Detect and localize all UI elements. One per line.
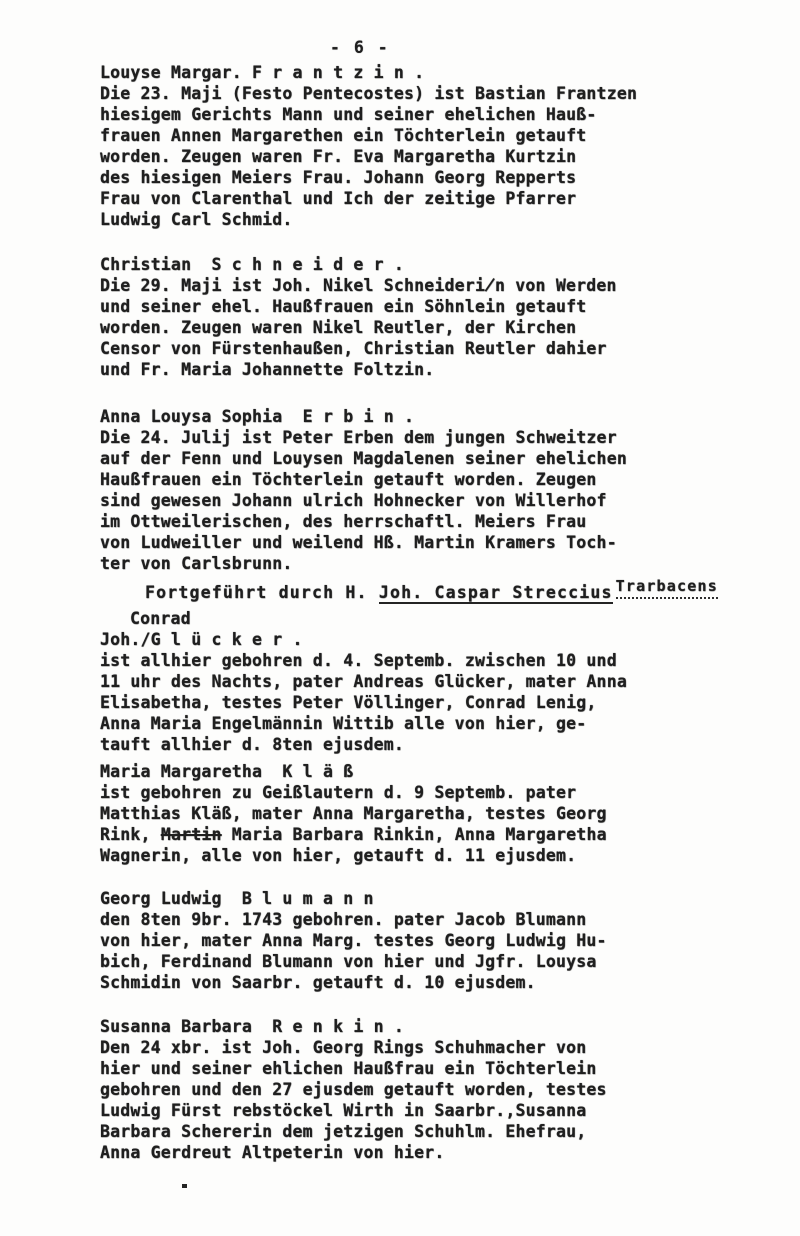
entry-body: ist allhier gebohren d. 4. Septemb. zwis… bbox=[100, 650, 800, 755]
continuation-note: Fortgeführt durch H. Joh. Caspar Strecci… bbox=[100, 582, 800, 606]
text-line: Haußfrauen ein Töchterlein getauft worde… bbox=[100, 469, 800, 490]
text-line: Matthias Kläß, mater Anna Margaretha, te… bbox=[100, 803, 800, 824]
text-line: ist gebohren zu Geißlautern d. 9 Septemb… bbox=[100, 782, 800, 803]
strikethrough-word: Martin bbox=[161, 825, 222, 844]
text-line: ist allhier gebohren d. 4. Septemb. zwis… bbox=[100, 650, 800, 671]
baptism-entry-frantzin: Louyse Margar. F r a n t z i n . Die 23.… bbox=[100, 62, 800, 230]
text-line: hiesigem Gerichts Mann und seiner ehelic… bbox=[100, 104, 800, 125]
text-line: Censor von Fürstenhaußen, Christian Reut… bbox=[100, 338, 800, 359]
text-line: und Fr. Maria Johannette Foltzin. bbox=[100, 359, 800, 380]
successor-pastor-name: Joh. Caspar Streccius bbox=[379, 583, 613, 604]
text-line: Barbara Schererin dem jetzigen Schuhlm. … bbox=[100, 1121, 800, 1142]
text-line: von Ludweiller und weilend Hß. Martin Kr… bbox=[100, 532, 800, 553]
entry-heading: Louyse Margar. F r a n t z i n . bbox=[100, 62, 800, 83]
text-line: des hiesigen Meiers Frau. Johann Georg R… bbox=[100, 167, 800, 188]
entry-heading: Maria Margaretha K l ä ß bbox=[100, 761, 800, 782]
corrected-line-post: Maria Barbara Rinkin, Anna Margaretha bbox=[222, 825, 607, 844]
text-line: Anna Gerdreut Altpeterin von hier. bbox=[100, 1142, 800, 1163]
text-line: tauft allhier d. 8ten ejusdem. bbox=[100, 734, 800, 755]
baptism-entry-renkin: Susanna Barbara R e n k i n . Den 24 xbr… bbox=[100, 1016, 800, 1163]
text-line: Ludwig Carl Schmid. bbox=[100, 209, 800, 230]
text-line: im Ottweilerischen, des herrschaftl. Mei… bbox=[100, 511, 800, 532]
corrected-line: Rink, Martin Maria Barbara Rinkin, Anna … bbox=[100, 824, 800, 845]
entry-body: ist gebohren zu Geißlautern d. 9 Septemb… bbox=[100, 782, 800, 824]
text-line: Die 23. Maji (Festo Pentecostes) ist Bas… bbox=[100, 83, 800, 104]
text-line: Elisabetha, testes Peter Völlinger, Conr… bbox=[100, 692, 800, 713]
text-line: und seiner ehel. Haußfrauen ein Söhnlein… bbox=[100, 296, 800, 317]
text-line: auf der Fenn und Louysen Magdalenen sein… bbox=[100, 448, 800, 469]
entry-heading-insert: Conrad bbox=[100, 608, 800, 629]
baptism-entry-klaess: Maria Margaretha K l ä ß ist gebohren zu… bbox=[100, 761, 800, 866]
baptism-entry-schneider: Christian S c h n e i d e r . Die 29. Ma… bbox=[100, 254, 800, 380]
text-line: worden. Zeugen waren Nikel Reutler, der … bbox=[100, 317, 800, 338]
text-line: den 8ten 9br. 1743 gebohren. pater Jacob… bbox=[100, 909, 800, 930]
entry-body: Die 29. Maji ist Joh. Nikel Schneideri̸n… bbox=[100, 275, 800, 380]
text-line: worden. Zeugen waren Fr. Eva Margaretha … bbox=[100, 146, 800, 167]
text-line: gebohren und den 27 ejusdem getauft word… bbox=[100, 1079, 800, 1100]
text-line: Anna Maria Engelmännin Wittib alle von h… bbox=[100, 713, 800, 734]
text-line: Ludwig Fürst rebstöckel Wirth in Saarbr.… bbox=[100, 1100, 800, 1121]
baptism-entry-gluecker: Conrad Joh./G l ü c k e r . ist allhier … bbox=[100, 608, 800, 755]
continuation-prefix: Fortgeführt durch H. bbox=[145, 583, 379, 602]
entry-heading: Susanna Barbara R e n k i n . bbox=[100, 1016, 800, 1037]
scan-speck-artifact bbox=[182, 1184, 187, 1188]
scanned-register-page: - 6 - Louyse Margar. F r a n t z i n . D… bbox=[0, 0, 800, 1236]
register-content: Louyse Margar. F r a n t z i n . Die 23.… bbox=[100, 62, 800, 1163]
text-line: Schmidin von Saarbr. getauft d. 10 ejusd… bbox=[100, 972, 800, 993]
text-line: Den 24 xbr. ist Joh. Georg Rings Schuhma… bbox=[100, 1037, 800, 1058]
text-line: von hier, mater Anna Marg. testes Georg … bbox=[100, 930, 800, 951]
baptism-entry-blumann: Georg Ludwig B l u m a n n den 8ten 9br.… bbox=[100, 888, 800, 993]
baptism-entry-erbin: Anna Louysa Sophia E r b i n . Die 24. J… bbox=[100, 406, 800, 574]
text-line: sind gewesen Johann ulrich Hohnecker von… bbox=[100, 490, 800, 511]
text-line: bich, Ferdinand Blumann von hier und Jgf… bbox=[100, 951, 800, 972]
text-line: frauen Annen Margarethen ein Töchterlein… bbox=[100, 125, 800, 146]
text-line: Die 29. Maji ist Joh. Nikel Schneideri̸n… bbox=[100, 275, 800, 296]
corrected-line-pre: Rink, bbox=[100, 825, 161, 844]
text-line: Die 24. Julij ist Peter Erben dem jungen… bbox=[100, 427, 800, 448]
entry-heading: Christian S c h n e i d e r . bbox=[100, 254, 800, 275]
entry-heading: Georg Ludwig B l u m a n n bbox=[100, 888, 800, 909]
entry-heading: Joh./G l ü c k e r . bbox=[100, 629, 800, 650]
text-line: 11 uhr des Nachts, pater Andreas Glücker… bbox=[100, 671, 800, 692]
entry-body: Wagnerin, alle von hier, getauft d. 11 e… bbox=[100, 845, 800, 866]
entry-body: Die 24. Julij ist Peter Erben dem jungen… bbox=[100, 427, 800, 574]
text-line: hier und seiner ehlichen Haußfrau ein Tö… bbox=[100, 1058, 800, 1079]
page-number: - 6 - bbox=[330, 38, 390, 57]
entry-body: Die 23. Maji (Festo Pentecostes) ist Bas… bbox=[100, 83, 800, 230]
text-line: ter von Carlsbrunn. bbox=[100, 553, 800, 574]
entry-body: Den 24 xbr. ist Joh. Georg Rings Schuhma… bbox=[100, 1037, 800, 1163]
entry-body: den 8ten 9br. 1743 gebohren. pater Jacob… bbox=[100, 909, 800, 993]
text-line: Wagnerin, alle von hier, getauft d. 11 e… bbox=[100, 845, 800, 866]
text-line: Frau von Clarenthal und Ich der zeitige … bbox=[100, 188, 800, 209]
entry-heading: Anna Louysa Sophia E r b i n . bbox=[100, 406, 800, 427]
superscript-place-note: Trarbacens bbox=[616, 576, 718, 599]
